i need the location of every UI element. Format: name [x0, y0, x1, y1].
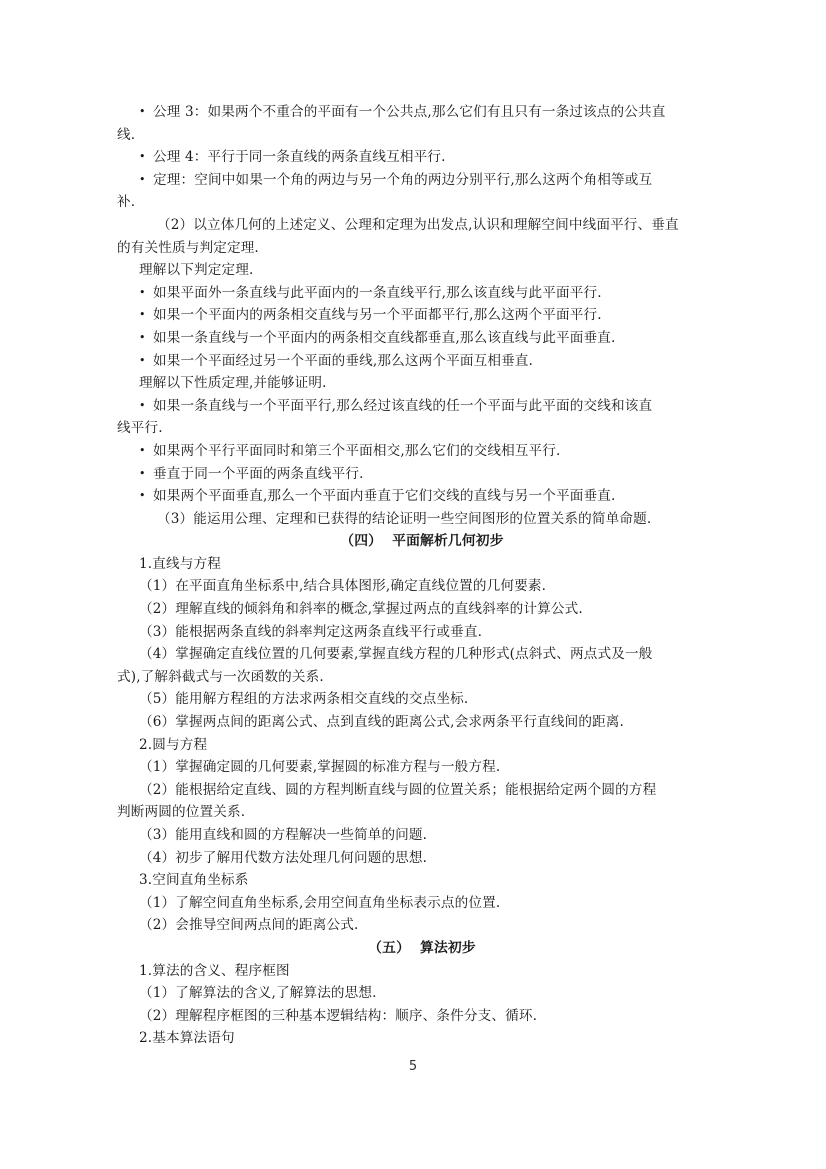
paragraph-line: 1.直线与方程 — [117, 553, 703, 576]
line-text: （2）理解程序框图的三种基本逻辑结构：顺序、条件分支、循环. — [139, 1008, 537, 1024]
paragraph-line: （1）了解空间直角坐标系,会用空间直角坐标表示点的位置. — [117, 892, 703, 915]
line-text: （3）能用直线和圆的方程解决一些简单的问题. — [139, 827, 427, 843]
bullet-icon: • — [139, 282, 153, 305]
line-text: （2）理解直线的倾斜角和斜率的概念,掌握过两点的直线斜率的计算公式. — [139, 601, 583, 617]
line-text: 如果一个平面内的两条相交直线与另一个平面都平行,那么这两个平面平行. — [153, 307, 602, 323]
line-text: 如果一个平面经过另一个平面的垂线,那么这两个平面互相垂直. — [153, 353, 533, 369]
bullet-item: •垂直于同一个平面的两条直线平行. — [117, 463, 703, 486]
bullet-item: •如果一条直线与一个平面内的两条相交直线都垂直,那么该直线与此平面垂直. — [117, 327, 703, 350]
document-page: •公理 3：如果两个不重合的平面有一个公共点,那么它们有且只有一条过该点的公共直… — [117, 101, 703, 1050]
bullet-item: •公理 4：平行于同一条直线的两条直线互相平行. — [117, 146, 703, 169]
paragraph-line: （5）能用解方程组的方法求两条相交直线的交点坐标. — [117, 688, 703, 711]
line-text: 如果平面外一条直线与此平面内的一条直线平行,那么该直线与此平面平行. — [153, 285, 602, 301]
line-text: （1）了解空间直角坐标系,会用空间直角坐标表示点的位置. — [139, 895, 500, 911]
bullet-icon: • — [139, 304, 153, 327]
line-text: （3）能运用公理、定理和已获得的结论证明一些空间图形的位置关系的简单命题. — [157, 511, 651, 527]
paragraph-line: 3.空间直角坐标系 — [117, 869, 703, 892]
line-text: （1）在平面直角坐标系中,结合具体图形,确定直线位置的几何要素. — [139, 578, 546, 594]
paragraph-line: （3）能用直线和圆的方程解决一些简单的问题. — [117, 824, 703, 847]
paragraph-line: （2）能根据给定直线、圆的方程判断直线与圆的位置关系；能根据给定两个圆的方程 — [117, 779, 703, 802]
bullet-item: •如果一个平面经过另一个平面的垂线,那么这两个平面互相垂直. — [117, 350, 703, 373]
bullet-item: •如果两个平行平面同时和第三个平面相交,那么它们的交线相互平行. — [117, 440, 703, 463]
line-text: 1.算法的含义、程序框图 — [139, 963, 290, 979]
paragraph-line: （6）掌握两点间的距离公式、点到直线的距离公式,会求两条平行直线间的距离. — [117, 711, 703, 734]
bullet-icon: • — [139, 146, 153, 169]
line-text: 如果一条直线与一个平面内的两条相交直线都垂直,那么该直线与此平面垂直. — [153, 330, 615, 346]
paragraph-line: （3）能运用公理、定理和已获得的结论证明一些空间图形的位置关系的简单命题. — [117, 508, 703, 531]
bullet-icon: • — [139, 101, 153, 124]
line-text: 线平行. — [117, 420, 163, 436]
paragraph-line: 理解以下判定定理. — [117, 259, 703, 282]
paragraph-line: （2）会推导空间两点间的距离公式. — [117, 914, 703, 937]
section-heading: （四）平面解析几何初步 — [117, 530, 703, 553]
line-text: （2）以立体几何的上述定义、公理和定理为出发点,认识和理解空间中线面平行、垂直 — [157, 217, 679, 233]
paragraph-line: 2.圆与方程 — [117, 734, 703, 757]
line-text: 1.直线与方程 — [139, 556, 221, 572]
bullet-icon: • — [139, 395, 153, 418]
line-text: （2）会推导空间两点间的距离公式. — [139, 917, 358, 933]
paragraph-line: （1）在平面直角坐标系中,结合具体图形,确定直线位置的几何要素. — [117, 575, 703, 598]
bullet-icon: • — [139, 485, 153, 508]
line-text: （1）了解算法的含义,了解算法的思想. — [139, 985, 377, 1001]
text-continuation: 线. — [117, 124, 703, 147]
line-text: 如果两个平面垂直,那么一个平面内垂直于它们交线的直线与另一个平面垂直. — [153, 488, 615, 504]
line-text: 补. — [117, 194, 135, 210]
line-text: 公理 4：平行于同一条直线的两条直线互相平行. — [153, 149, 446, 165]
line-text: 线. — [117, 127, 135, 143]
text-continuation: 的有关性质与判定定理. — [117, 237, 703, 260]
line-text: （4）掌握确定直线位置的几何要素,掌握直线方程的几种形式(点斜式、两点式及一般 — [139, 646, 653, 662]
line-text: （1）掌握确定圆的几何要素,掌握圆的标准方程与一般方程. — [139, 759, 500, 775]
bullet-item: •如果两个平面垂直,那么一个平面内垂直于它们交线的直线与另一个平面垂直. — [117, 485, 703, 508]
text-continuation: 线平行. — [117, 417, 703, 440]
bullet-item: •定理：空间中如果一个角的两边与另一个角的两边分别平行,那么这两个角相等或互 — [117, 169, 703, 192]
paragraph-line: （3）能根据两条直线的斜率判定这两条直线平行或垂直. — [117, 621, 703, 644]
paragraph-line: （4）掌握确定直线位置的几何要素,掌握直线方程的几种形式(点斜式、两点式及一般 — [117, 643, 703, 666]
section-number: （五） — [368, 940, 410, 956]
line-text: （3）能根据两条直线的斜率判定这两条直线平行或垂直. — [139, 624, 482, 640]
line-text: 3.空间直角坐标系 — [139, 872, 248, 888]
paragraph-line: （1）了解算法的含义,了解算法的思想. — [117, 982, 703, 1005]
text-continuation: 补. — [117, 191, 703, 214]
line-text: 公理 3：如果两个不重合的平面有一个公共点,那么它们有且只有一条过该点的公共直 — [153, 104, 666, 120]
bullet-icon: • — [139, 169, 153, 192]
line-text: 理解以下性质定理,并能够证明. — [139, 375, 327, 391]
paragraph-line: （4）初步了解用代数方法处理几何问题的思想. — [117, 847, 703, 870]
section-heading: （五）算法初步 — [117, 937, 703, 960]
line-text: （2）能根据给定直线、圆的方程判断直线与圆的位置关系；能根据给定两个圆的方程 — [139, 782, 656, 798]
text-continuation: 式),了解斜截式与一次函数的关系. — [117, 666, 703, 689]
bullet-item: •公理 3：如果两个不重合的平面有一个公共点,那么它们有且只有一条过该点的公共直 — [117, 101, 703, 124]
line-text: 的有关性质与判定定理. — [117, 240, 259, 256]
text-continuation: 判断两圆的位置关系. — [117, 801, 703, 824]
paragraph-line: 理解以下性质定理,并能够证明. — [117, 372, 703, 395]
bullet-item: •如果一个平面内的两条相交直线与另一个平面都平行,那么这两个平面平行. — [117, 304, 703, 327]
section-number: （四） — [340, 533, 382, 549]
line-text: 2.圆与方程 — [139, 737, 207, 753]
line-text: （4）初步了解用代数方法处理几何问题的思想. — [139, 850, 427, 866]
paragraph-line: 2.基本算法语句 — [117, 1027, 703, 1050]
paragraph-line: （2）理解直线的倾斜角和斜率的概念,掌握过两点的直线斜率的计算公式. — [117, 598, 703, 621]
page-number: 5 — [0, 1059, 826, 1074]
paragraph-line: 1.算法的含义、程序框图 — [117, 960, 703, 983]
bullet-icon: • — [139, 463, 153, 486]
bullet-item: •如果一条直线与一个平面平行,那么经过该直线的任一个平面与此平面的交线和该直 — [117, 395, 703, 418]
line-text: 判断两圆的位置关系. — [117, 804, 245, 820]
paragraph-line: （2）理解程序框图的三种基本逻辑结构：顺序、条件分支、循环. — [117, 1005, 703, 1028]
line-text: （6）掌握两点间的距离公式、点到直线的距离公式,会求两条平行直线间的距离. — [139, 714, 624, 730]
line-text: 垂直于同一个平面的两条直线平行. — [153, 466, 364, 482]
section-title: 平面解析几何初步 — [392, 533, 504, 549]
section-title: 算法初步 — [420, 940, 476, 956]
paragraph-line: （1）掌握确定圆的几何要素,掌握圆的标准方程与一般方程. — [117, 756, 703, 779]
bullet-item: •如果平面外一条直线与此平面内的一条直线平行,那么该直线与此平面平行. — [117, 282, 703, 305]
paragraph-line: （2）以立体几何的上述定义、公理和定理为出发点,认识和理解空间中线面平行、垂直 — [117, 214, 703, 237]
bullet-icon: • — [139, 440, 153, 463]
line-text: 如果两个平行平面同时和第三个平面相交,那么它们的交线相互平行. — [153, 443, 561, 459]
bullet-icon: • — [139, 327, 153, 350]
line-text: 如果一条直线与一个平面平行,那么经过该直线的任一个平面与此平面的交线和该直 — [153, 398, 652, 414]
line-text: 定理：空间中如果一个角的两边与另一个角的两边分别平行,那么这两个角相等或互 — [153, 172, 652, 188]
line-text: 式),了解斜截式与一次函数的关系. — [117, 669, 324, 685]
line-text: 2.基本算法语句 — [139, 1030, 235, 1046]
line-text: （5）能用解方程组的方法求两条相交直线的交点坐标. — [139, 691, 468, 707]
line-text: 理解以下判定定理. — [139, 262, 253, 278]
bullet-icon: • — [139, 350, 153, 373]
